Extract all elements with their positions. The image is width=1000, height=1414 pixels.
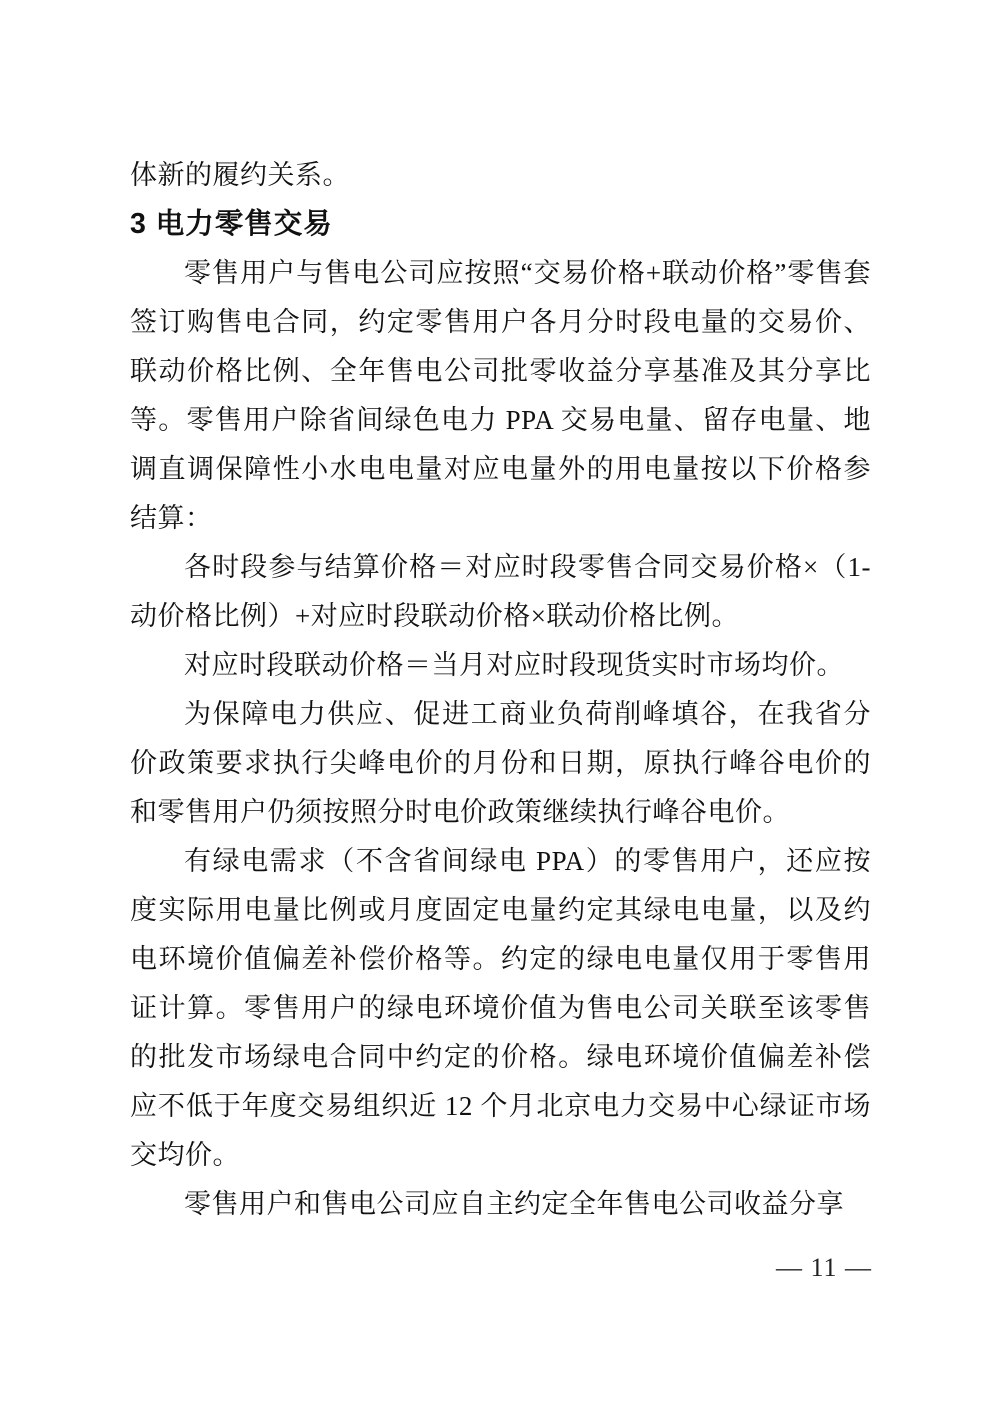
text-line: 对应时段联动价格＝当月对应时段现货实时市场均价。 <box>130 641 871 690</box>
text-line: 度实际用电量比例或月度固定电量约定其绿电电量，以及约定绿 <box>130 886 871 935</box>
text-line: 应不低于年度交易组织近 12 个月北京电力交易中心绿证市场成 <box>130 1082 871 1131</box>
text-line: 联动价格比例、全年售电公司批零收益分享基准及其分享比例 <box>130 347 871 396</box>
document-page: 体新的履约关系。 3 电力零售交易 零售用户与售电公司应按照“交易价格+联动价格… <box>0 0 1000 1414</box>
text-line: 为保障电力供应、促进工商业负荷削峰填谷，在我省分时电 <box>130 690 871 739</box>
page-number: — 11 — <box>776 1250 872 1286</box>
text-line: 零售用户与售电公司应按照“交易价格+联动价格”零售套餐 <box>130 249 871 298</box>
text-line: 证计算。零售用户的绿电环境价值为售电公司关联至该零售用户 <box>130 984 871 1033</box>
text-line: 等。零售用户除省间绿色电力 PPA 交易电量、留存电量、地县 <box>130 396 871 445</box>
document-body: 体新的履约关系。 3 电力零售交易 零售用户与售电公司应按照“交易价格+联动价格… <box>130 151 871 1229</box>
text-line: 的批发市场绿电合同中约定的价格。绿电环境价值偏差补偿价格 <box>130 1033 871 1082</box>
text-line: 交均价。 <box>130 1131 871 1180</box>
text-line: 体新的履约关系。 <box>130 151 871 200</box>
text-line: 电环境价值偏差补偿价格等。约定的绿电电量仅用于零售用户绿 <box>130 935 871 984</box>
text-line: 各时段参与结算价格＝对应时段零售合同交易价格×（1-联 <box>130 543 871 592</box>
text-line: 结算： <box>130 494 871 543</box>
text-line: 有绿电需求（不含省间绿电 PPA）的零售用户，还应按照月 <box>130 837 871 886</box>
text-line: 动价格比例）+对应时段联动价格×联动价格比例。 <box>130 592 871 641</box>
text-line: 价政策要求执行尖峰电价的月份和日期，原执行峰谷电价的批发 <box>130 739 871 788</box>
text-line: 零售用户和售电公司应自主约定全年售电公司收益分享基 <box>130 1180 871 1229</box>
text-line: 签订购售电合同，约定零售用户各月分时段电量的交易价、全年 <box>130 298 871 347</box>
text-line: 和零售用户仍须按照分时电价政策继续执行峰谷电价。 <box>130 788 871 837</box>
text-line: 调直调保障性小水电电量对应电量外的用电量按以下价格参与 <box>130 445 871 494</box>
section-heading: 3 电力零售交易 <box>130 200 871 249</box>
